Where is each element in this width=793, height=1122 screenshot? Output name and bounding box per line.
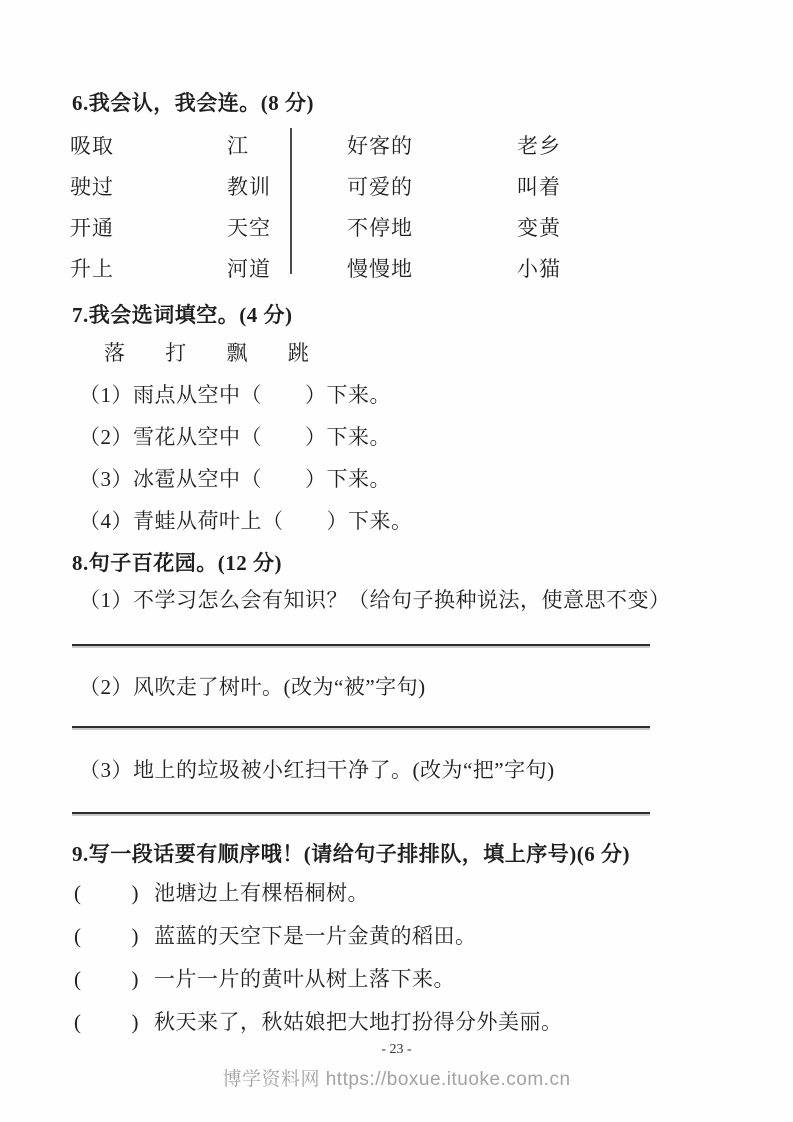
- blank-paren-open: (: [74, 1010, 82, 1034]
- q9-ordering-item: ()蓝蓝的天空下是一片金黄的稻田。: [74, 920, 477, 950]
- q7-fill-blank-item: （1）雨点从空中（ ）下来。: [79, 379, 391, 409]
- q9-ordering-item: ()一片一片的黄叶从树上落下来。: [74, 963, 455, 993]
- q8-sentence-item: （1）不学习怎么会有知识？（给句子换种说法，使意思不变）: [79, 584, 671, 614]
- blank-paren-open: (: [74, 881, 82, 905]
- q9-ordering-item: ()秋天来了，秋姑娘把大地打扮得分外美丽。: [74, 1006, 563, 1036]
- q6-match-word: 不停地: [347, 212, 413, 242]
- blank-paren-close: ): [132, 967, 140, 991]
- q7-fill-blank-item: （4）青蛙从荷叶上（ ）下来。: [79, 505, 413, 535]
- blank-paren-open: (: [74, 924, 82, 948]
- q6-match-word: 小猫: [517, 253, 561, 283]
- q9-sentence-text: 蓝蓝的天空下是一片金黄的稻田。: [154, 924, 477, 948]
- q6-title: 6.我会认，我会连。(8 分): [72, 87, 314, 117]
- blank-paren-close: ): [132, 924, 140, 948]
- q7-word-option: 打: [165, 341, 186, 365]
- q7-title: 7.我会选词填空。(4 分): [72, 299, 293, 329]
- q7-word-option: 跳: [288, 341, 309, 365]
- q8-title: 8.句子百花园。(12 分): [72, 547, 282, 577]
- q6-match-word: 河道: [227, 253, 271, 283]
- q7-word-option: 飘: [227, 341, 248, 365]
- blank-paren-open: (: [74, 967, 82, 991]
- q6-match-word: 变黄: [517, 212, 561, 242]
- q6-match-word: 好客的: [347, 130, 413, 160]
- q9-title: 9.写一段话要有顺序哦！(请给句子排排队，填上序号)(6 分): [72, 838, 630, 868]
- page-number: - 23 -: [0, 1042, 793, 1058]
- test-paper-page: 6.我会认，我会连。(8 分) 吸取 江 好客的 老乡 驶过 教训 可爱的 叫着…: [0, 0, 793, 1122]
- q6-match-word: 吸取: [70, 130, 114, 160]
- q7-word-option: 落: [104, 341, 125, 365]
- q6-column-divider: [290, 128, 292, 274]
- q6-match-word: 江: [227, 130, 249, 160]
- q6-match-word: 升上: [70, 253, 114, 283]
- blank-paren-close: ): [132, 881, 140, 905]
- q9-ordering-item: ()池塘边上有棵梧桐树。: [74, 877, 369, 907]
- q6-match-word: 教训: [227, 171, 271, 201]
- q8-sentence-item: （3）地上的垃圾被小红扫干净了。(改为“把”字句): [79, 754, 555, 784]
- q8-answer-line: [72, 644, 650, 646]
- q6-match-word: 慢慢地: [347, 253, 413, 283]
- q6-match-word: 驶过: [70, 171, 114, 201]
- q6-match-word: 叫着: [517, 171, 561, 201]
- q6-match-word: 开通: [70, 212, 114, 242]
- q9-sentence-text: 一片一片的黄叶从树上落下来。: [154, 967, 455, 991]
- q9-sentence-text: 池塘边上有棵梧桐树。: [154, 881, 369, 905]
- q8-sentence-item: （2）风吹走了树叶。(改为“被”字句): [79, 671, 426, 701]
- q6-match-word: 可爱的: [347, 171, 413, 201]
- q8-answer-line: [72, 812, 650, 814]
- q8-answer-line: [72, 726, 650, 728]
- q6-match-word: 天空: [227, 212, 271, 242]
- q7-fill-blank-item: （3）冰雹从空中（ ）下来。: [79, 463, 391, 493]
- q7-word-bank: 落 打 飘 跳: [104, 337, 344, 367]
- q9-sentence-text: 秋天来了，秋姑娘把大地打扮得分外美丽。: [154, 1010, 563, 1034]
- q6-match-word: 老乡: [517, 130, 561, 160]
- blank-paren-close: ): [132, 1010, 140, 1034]
- q7-fill-blank-item: （2）雪花从空中（ ）下来。: [79, 421, 391, 451]
- watermark-source-url: 博学资料网 https://boxue.ituoke.com.cn: [0, 1064, 793, 1091]
